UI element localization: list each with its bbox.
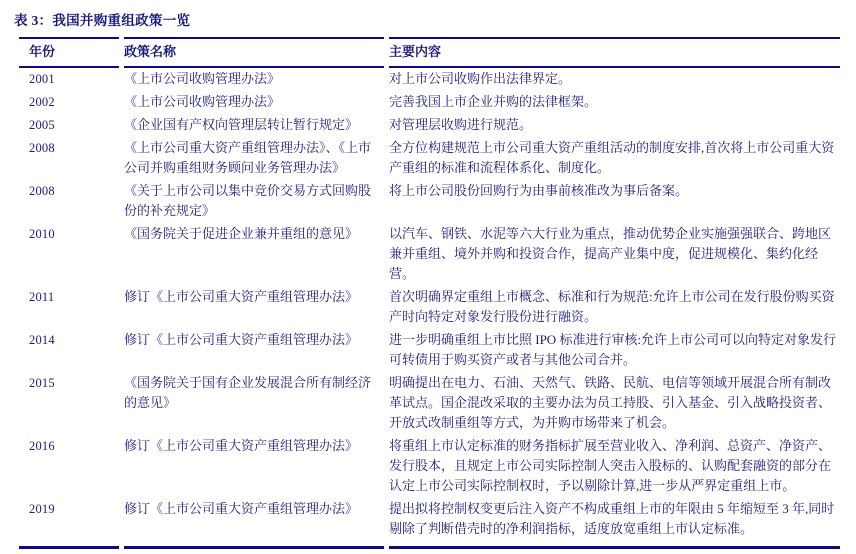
year-cell: 2001: [19, 68, 119, 91]
policy-cell: 《关于上市公司以集中竞价交易方式回购股份的补充规定》: [124, 180, 384, 223]
policy-cell: 《上市公司收购管理办法》: [124, 68, 384, 91]
policy-cell: 《上市公司收购管理办法》: [124, 91, 384, 114]
content-cell: 首次明确界定重组上市概念、标准和行为规范:允许上市公司在发行股份购买资产时向特定…: [389, 286, 840, 329]
table-row: 2005《企业国有产权向管理层转让暂行规定》对管理层收购进行规范。: [19, 114, 840, 137]
policy-cell: 修订《上市公司重大资产重组管理办法》: [124, 498, 384, 549]
content-cell: 全方位构建规范上市公司重大资产重组活动的制度安排,首次将上市公司重大资产重组的标…: [389, 137, 840, 180]
year-cell: 2019: [19, 498, 119, 549]
content-cell: 以汽车、钢铁、水泥等六大行业为重点，推动优势企业实施强强联合、跨地区兼并重组、境…: [389, 223, 840, 286]
table-row: 2002《上市公司收购管理办法》完善我国上市企业并购的法律框架。: [19, 91, 840, 114]
content-cell: 对管理层收购进行规范。: [389, 114, 840, 137]
content-cell: 明确提出在电力、石油、天然气、铁路、民航、电信等领域开展混合所有制改革试点。国企…: [389, 372, 840, 435]
year-cell: 2010: [19, 223, 119, 286]
policy-cell: 《国务院关于国有企业发展混合所有制经济的意见》: [124, 372, 384, 435]
policy-cell: 修订《上市公司重大资产重组管理办法》: [124, 435, 384, 498]
policy-cell: 修订《上市公司重大资产重组管理办法》: [124, 286, 384, 329]
year-cell: 2014: [19, 329, 119, 372]
column-header-content: 主要内容: [389, 37, 840, 68]
column-header-year: 年份: [19, 37, 119, 68]
table-row: 2015《国务院关于国有企业发展混合所有制经济的意见》明确提出在电力、石油、天然…: [19, 372, 840, 435]
year-cell: 2002: [19, 91, 119, 114]
table-title: 表 3：我国并购重组政策一览: [14, 9, 845, 29]
table-body: 2001《上市公司收购管理办法》对上市公司收购作出法律界定。2002《上市公司收…: [19, 68, 840, 549]
policy-cell: 《上市公司重大资产重组管理办法》、《上市公司并购重组财务顾问业务管理办法》: [124, 137, 384, 180]
table-row: 2008《关于上市公司以集中竞价交易方式回购股份的补充规定》将上市公司股份回购行…: [19, 180, 840, 223]
content-cell: 提出拟将控制权变更后注入资产不构成重组上市的年限由 5 年缩短至 3 年,同时剔…: [389, 498, 840, 549]
year-cell: 2016: [19, 435, 119, 498]
table-header: 年份 政策名称 主要内容: [19, 37, 840, 68]
year-cell: 2008: [19, 137, 119, 180]
table-row: 2011修订《上市公司重大资产重组管理办法》首次明确界定重组上市概念、标准和行为…: [19, 286, 840, 329]
content-cell: 将重组上市认定标准的财务指标扩展至营业收入、净利润、总资产、净资产、发行股本，且…: [389, 435, 840, 498]
policy-cell: 修订《上市公司重大资产重组管理办法》: [124, 329, 384, 372]
content-cell: 进一步明确重组上市比照 IPO 标准进行审核:允许上市公司可以向特定对象发行可转…: [389, 329, 840, 372]
policy-cell: 《企业国有产权向管理层转让暂行规定》: [124, 114, 384, 137]
policy-table: 年份 政策名称 主要内容 2001《上市公司收购管理办法》对上市公司收购作出法律…: [14, 37, 845, 549]
content-cell: 对上市公司收购作出法律界定。: [389, 68, 840, 91]
table-row: 2008《上市公司重大资产重组管理办法》、《上市公司并购重组财务顾问业务管理办法…: [19, 137, 840, 180]
report-page: 表 3：我国并购重组政策一览 年份 政策名称 主要内容 2001《上市公司收购管…: [0, 0, 856, 554]
year-cell: 2011: [19, 286, 119, 329]
policy-cell: 《国务院关于促进企业兼并重组的意见》: [124, 223, 384, 286]
content-cell: 将上市公司股份回购行为由事前核准改为事后备案。: [389, 180, 840, 223]
year-cell: 2008: [19, 180, 119, 223]
year-cell: 2015: [19, 372, 119, 435]
table-row: 2010《国务院关于促进企业兼并重组的意见》以汽车、钢铁、水泥等六大行业为重点，…: [19, 223, 840, 286]
table-row: 2016修订《上市公司重大资产重组管理办法》将重组上市认定标准的财务指标扩展至营…: [19, 435, 840, 498]
table-row: 2001《上市公司收购管理办法》对上市公司收购作出法律界定。: [19, 68, 840, 91]
year-cell: 2005: [19, 114, 119, 137]
column-header-policy: 政策名称: [124, 37, 384, 68]
table-row: 2014修订《上市公司重大资产重组管理办法》进一步明确重组上市比照 IPO 标准…: [19, 329, 840, 372]
content-cell: 完善我国上市企业并购的法律框架。: [389, 91, 840, 114]
header-row: 年份 政策名称 主要内容: [19, 37, 840, 68]
table-row: 2019修订《上市公司重大资产重组管理办法》提出拟将控制权变更后注入资产不构成重…: [19, 498, 840, 549]
